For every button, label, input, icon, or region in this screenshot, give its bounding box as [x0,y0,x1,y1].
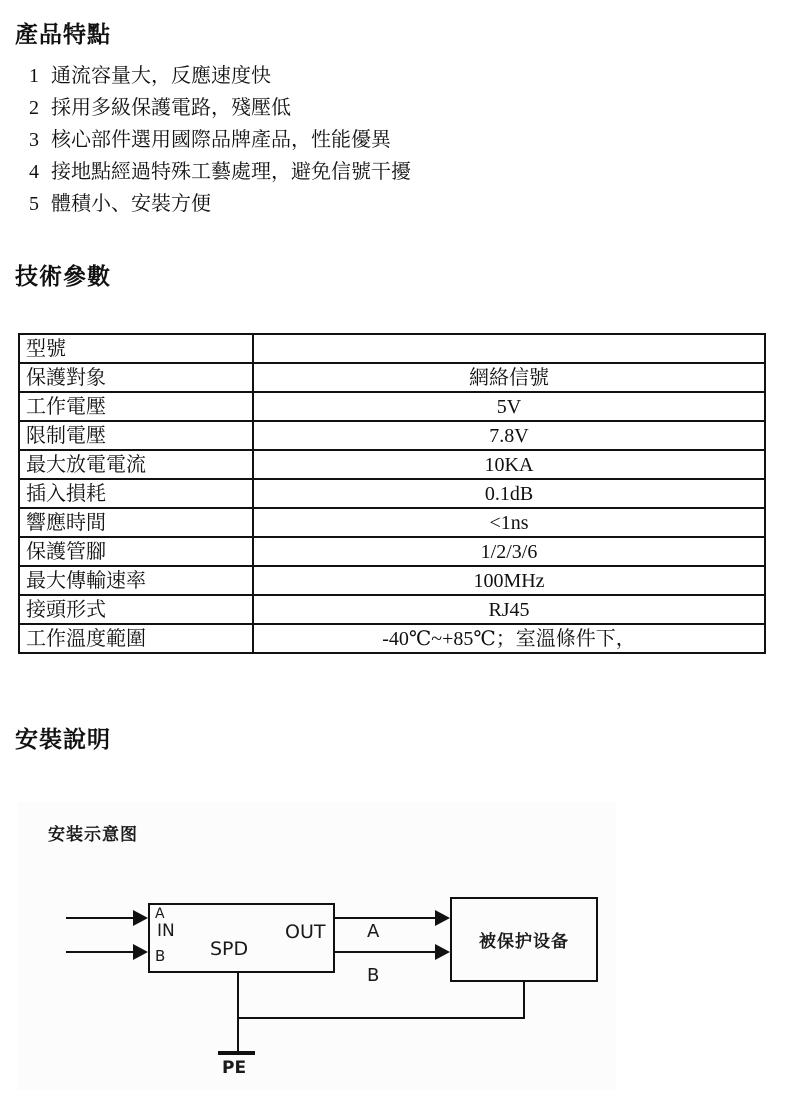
spec-value: <1ns [253,508,765,537]
feature-number: 1 [25,60,43,92]
wire-a-label: A [367,923,379,941]
spec-value: 7.8V [253,421,765,450]
wire-b-label: B [367,967,379,985]
feature-text: 採用多級保護電路，殘壓低 [51,97,291,119]
input-wire-a [66,917,134,919]
device-ground-wire [523,982,525,1019]
feature-text: 接地點經過特殊工藝處理，避免信號干擾 [51,161,411,183]
protected-device-label: 被保护设备 [479,927,569,952]
table-row: 工作溫度範圍-40℃~+85℃；室溫條件下， [19,624,765,653]
table-row: 最大放電電流10KA [19,450,765,479]
section-title-installation: 安裝說明 [15,721,111,754]
ground-bus-wire [237,1017,525,1019]
spec-label: 插入損耗 [19,479,253,508]
diagram-caption: 安装示意图 [48,820,138,845]
spd-ground-wire [237,973,239,1053]
feature-item: 4接地點經過特殊工藝處理，避免信號干擾 [25,156,411,188]
section-title-features: 產品特點 [15,16,111,49]
spec-label: 工作溫度範圍 [19,624,253,653]
spec-label: 保護對象 [19,363,253,392]
feature-text: 核心部件選用國際品牌產品，性能優異 [51,129,391,151]
spec-label: 限制電壓 [19,421,253,450]
spd-label: SPD [210,940,248,959]
feature-number: 4 [25,156,43,188]
spec-label: 保護管腳 [19,537,253,566]
feature-item: 1通流容量大，反應速度快 [25,60,411,92]
specs-table: 型號 保護對象網絡信號 工作電壓5V 限制電壓7.8V 最大放電電流10KA 插… [18,333,766,654]
spd-out-label: OUT [285,923,325,942]
table-row: 工作電壓5V [19,392,765,421]
spec-value: 100MHz [253,566,765,595]
spd-port-b-label: B [155,949,165,964]
spec-label: 工作電壓 [19,392,253,421]
spec-label: 型號 [19,334,253,363]
feature-item: 3核心部件選用國際品牌產品，性能優異 [25,124,411,156]
input-wire-b [66,951,134,953]
spec-value: 5V [253,392,765,421]
table-row: 保護管腳1/2/3/6 [19,537,765,566]
installation-diagram: 安装示意图 A IN B SPD OUT A B 被保护设备 PE [18,802,616,1090]
table-row: 型號 [19,334,765,363]
feature-number: 5 [25,188,43,220]
spec-label: 接頭形式 [19,595,253,624]
table-row: 限制電壓7.8V [19,421,765,450]
protected-device-box: 被保护设备 [450,897,598,982]
spec-value: 1/2/3/6 [253,537,765,566]
feature-list: 1通流容量大，反應速度快 2採用多級保護電路，殘壓低 3核心部件選用國際品牌產品… [25,60,411,220]
arrowhead-icon [435,944,450,960]
spec-value: -40℃~+85℃；室溫條件下， [253,624,765,653]
feature-text: 體積小、安裝方便 [51,193,211,215]
arrowhead-icon [133,944,148,960]
arrowhead-icon [133,910,148,926]
arrowhead-icon [435,910,450,926]
table-row: 插入損耗0.1dB [19,479,765,508]
pe-label: PE [222,1060,246,1077]
feature-number: 2 [25,92,43,124]
spec-label: 最大傳輸速率 [19,566,253,595]
table-row: 響應時間<1ns [19,508,765,537]
ground-symbol-icon [218,1051,255,1055]
output-wire-b [335,951,436,953]
spd-port-a-label: A [155,907,165,921]
spec-value: 網絡信號 [253,363,765,392]
table-row: 接頭形式RJ45 [19,595,765,624]
feature-item: 5體積小、安裝方便 [25,188,411,220]
spec-label: 最大放電電流 [19,450,253,479]
feature-text: 通流容量大，反應速度快 [51,65,271,87]
feature-number: 3 [25,124,43,156]
feature-item: 2採用多級保護電路，殘壓低 [25,92,411,124]
spec-value: 0.1dB [253,479,765,508]
section-title-specs: 技術參數 [15,258,111,291]
spec-label: 響應時間 [19,508,253,537]
table-row: 保護對象網絡信號 [19,363,765,392]
spd-in-label: IN [157,923,175,940]
spec-value: 10KA [253,450,765,479]
output-wire-a [335,917,436,919]
table-row: 最大傳輸速率100MHz [19,566,765,595]
spec-value [253,334,765,363]
spec-value: RJ45 [253,595,765,624]
